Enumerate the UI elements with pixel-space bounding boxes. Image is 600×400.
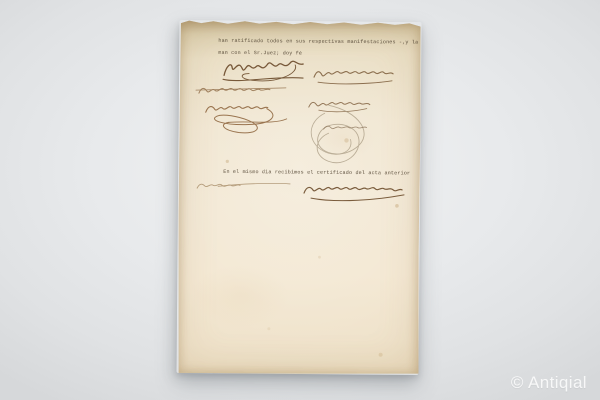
document-paper: han ratificado todos en sus respectivas … [176, 20, 421, 375]
antiqial-watermark: © Antiqial [511, 373, 587, 393]
signature-top-right [314, 71, 393, 84]
signature-bottom-right [304, 187, 404, 201]
signature-bottom-left [197, 183, 290, 189]
flourish-large-faint [311, 105, 364, 163]
signature-mid-left-upper [196, 87, 286, 94]
signatures-layer [176, 20, 421, 375]
signature-mid-left-flourish [206, 106, 287, 133]
foxing-spots [224, 137, 399, 357]
paper-sheet: han ratificado todos en sus respectivas … [176, 20, 421, 375]
signature-mid-right [309, 102, 370, 112]
signature-top-left [223, 61, 303, 82]
signature-in-flourish [324, 126, 367, 130]
photo-background: han ratificado todos en sus respectivas … [0, 0, 600, 400]
